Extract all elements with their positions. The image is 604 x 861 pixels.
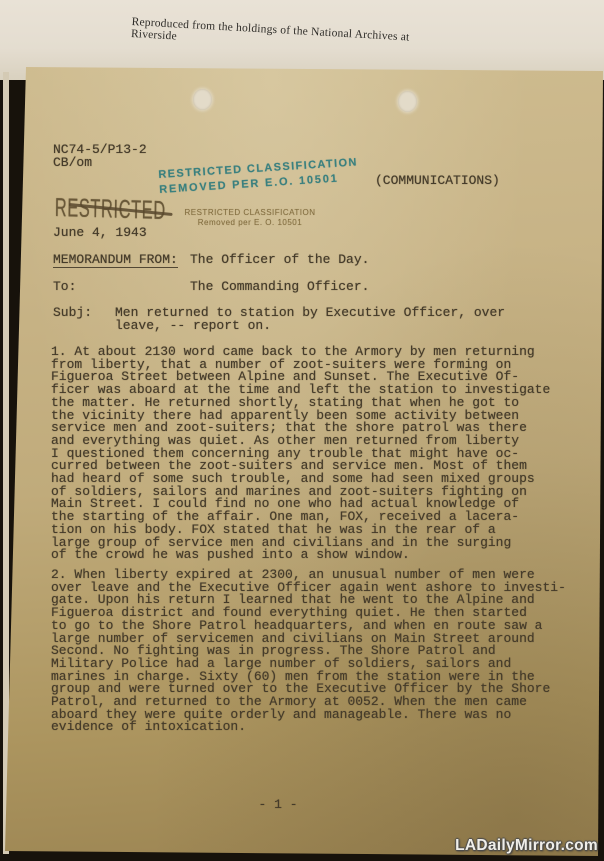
to-value: The Commanding Officer.	[190, 281, 369, 294]
memo-from-value: The Officer of the Day.	[190, 254, 369, 267]
watermark: LADailyMirror.com	[455, 837, 598, 855]
memo-from-label: MEMORANDUM FROM:	[53, 254, 178, 268]
removal-stamp: RESTRICTED CLASSIFICATION REMOVED PER E.…	[158, 155, 379, 196]
paragraph-2: 2. When liberty expired at 2300, an unus…	[51, 569, 581, 734]
subject-text: Men returned to station by Executive Off…	[115, 307, 555, 332]
typist-initials: CB/om	[53, 157, 92, 170]
faint-removal-stamp: RESTRICTED CLASSIFICATION Removed per E.…	[180, 208, 320, 228]
to-label: To:	[53, 281, 76, 294]
paragraph-1: 1. At about 2130 word came back to the A…	[51, 346, 571, 562]
page-number: - 1 -	[248, 799, 308, 812]
routing-tag: (COMMUNICATIONS)	[375, 175, 500, 188]
faint-stamp-line1: RESTRICTED CLASSIFICATION	[180, 208, 320, 218]
document-date: June 4, 1943	[53, 227, 147, 240]
document-page: NC74-5/P13-2 CB/om RESTRICTED CLASSIFICA…	[0, 0, 604, 861]
punch-hole-right	[398, 91, 417, 112]
punch-hole-left	[193, 89, 212, 110]
faint-stamp-line2: Removed per E. O. 10501	[180, 218, 320, 228]
subject-label: Subj:	[53, 307, 92, 320]
